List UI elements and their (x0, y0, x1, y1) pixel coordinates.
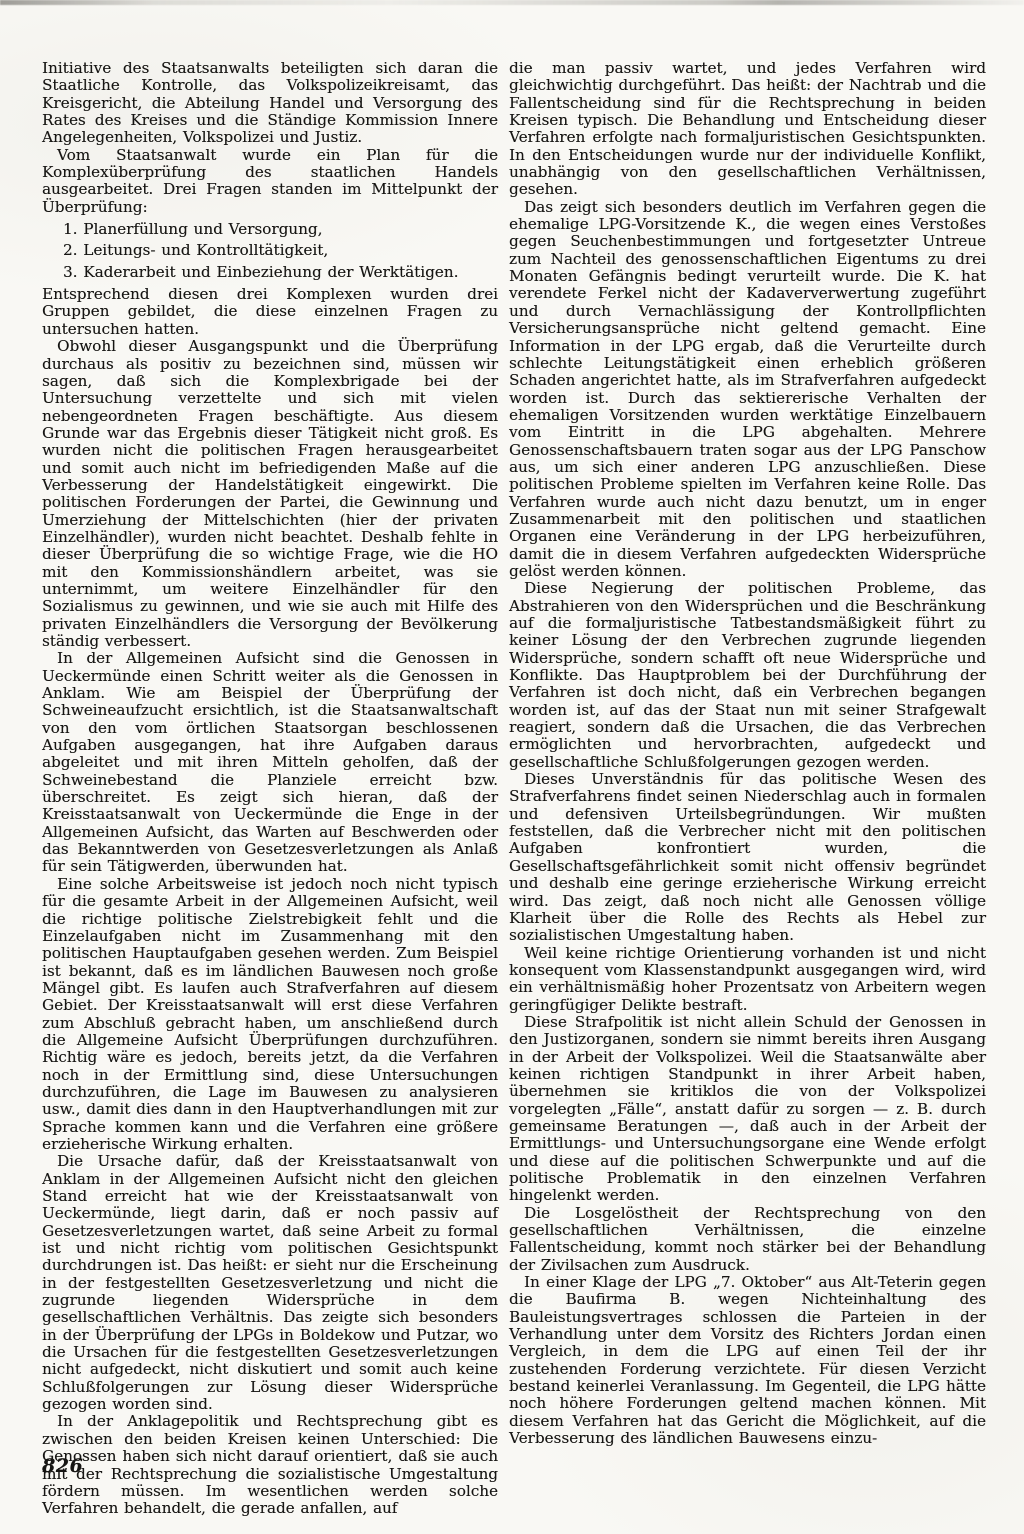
paragraph: In der Allgemeinen Aufsicht sind die Gen… (42, 650, 498, 875)
paragraph: Diese Strafpolitik ist nicht allein Schu… (509, 1014, 986, 1205)
scan-artifact-top-edge (0, 0, 1024, 5)
paragraph: Weil keine richtige Orientierung vorhand… (509, 945, 986, 1014)
paragraph: Das zeigt sich besonders deutlich im Ver… (509, 199, 986, 581)
paragraph: Die Losgelöstheit der Rechtsprechung von… (509, 1205, 986, 1274)
paragraph: Die Ursache dafür, daß der Kreisstaatsan… (42, 1153, 498, 1413)
paragraph: In der Anklagepolitik und Rechtsprechung… (42, 1413, 498, 1517)
paragraph: die man passiv wartet, und jedes Verfahr… (509, 60, 986, 199)
paragraph: In einer Klage der LPG „7. Oktober“ aus … (509, 1274, 986, 1447)
paragraph: Eine solche Arbeitsweise ist jedoch noch… (42, 876, 498, 1154)
right-column: die man passiv wartet, und jedes Verfahr… (509, 60, 986, 1448)
paragraph: Obwohl dieser Ausgangspunkt und die Über… (42, 338, 498, 650)
paragraph: 1. Planerfüllung und Versorgung, (42, 221, 498, 238)
paragraph: Dieses Unverständnis für das politische … (509, 771, 986, 944)
paragraph: Initiative des Staatsanwalts beteiligten… (42, 60, 498, 147)
paragraph: Entsprechend diesen drei Komplexen wurde… (42, 286, 498, 338)
page-number: 826 (42, 1455, 83, 1477)
paragraph: Diese Negierung der politischen Probleme… (509, 580, 986, 771)
paragraph: Vom Staatsanwalt wurde ein Plan für die … (42, 147, 498, 216)
paragraph: 2. Leitungs- und Kontrolltätigkeit, (42, 242, 498, 259)
left-column: Initiative des Staatsanwalts beteiligten… (42, 60, 498, 1518)
paragraph: 3. Kaderarbeit und Einbeziehung der Werk… (42, 264, 498, 281)
journal-page: Initiative des Staatsanwalts beteiligten… (0, 0, 1024, 1534)
